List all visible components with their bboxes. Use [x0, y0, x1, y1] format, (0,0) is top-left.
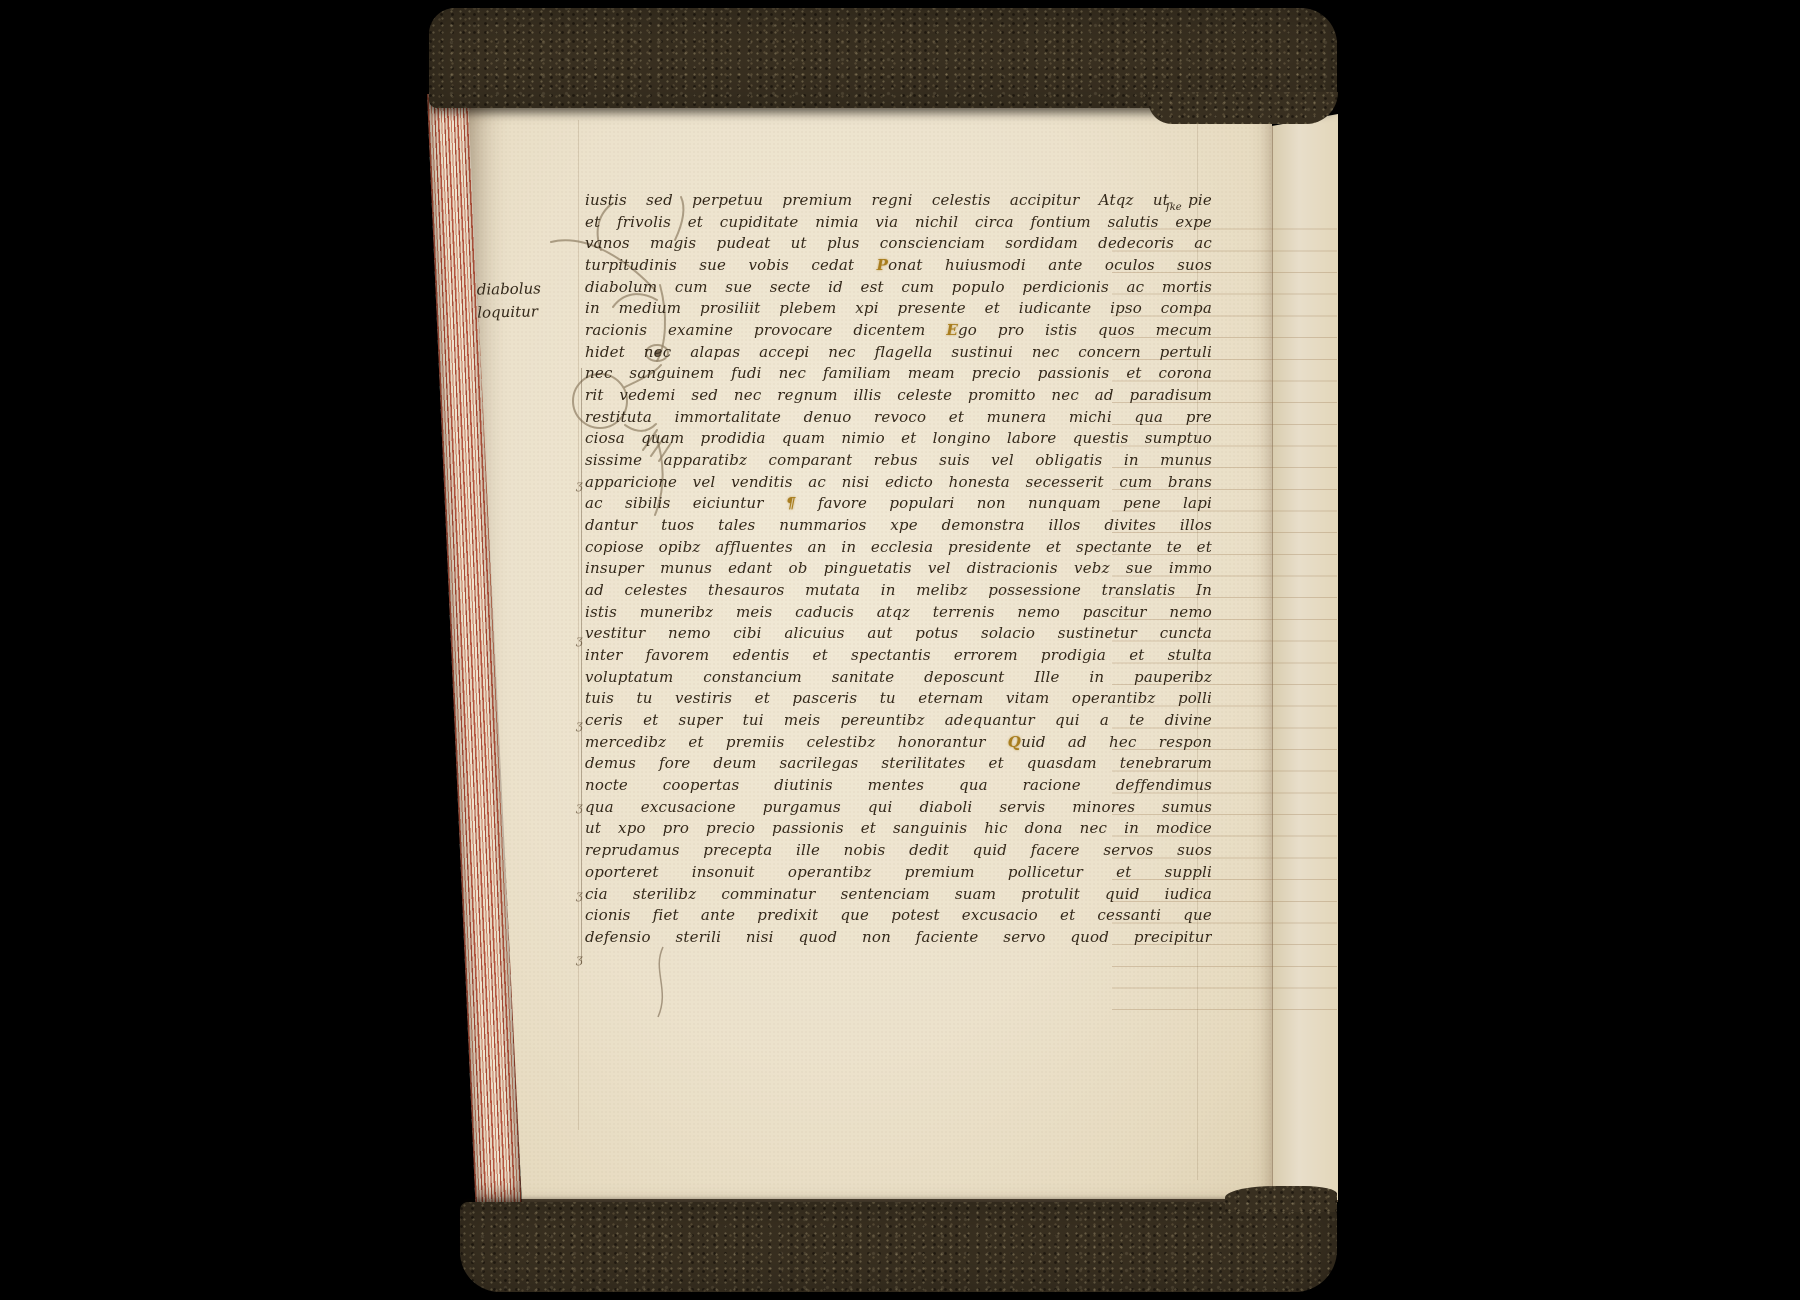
text-line: voluptatum constancium sanitate deposcun… [585, 667, 1212, 689]
text-line: insuper munus edant ob pinguetatis vel d… [585, 558, 1212, 580]
text-line-pre: ac sibilis eiciuntur [585, 494, 786, 512]
margin-bracket-mark: ʒ [576, 633, 583, 647]
text-line-pre: vestitur nemo cibi alicuius aut potus so… [585, 624, 1212, 642]
book-cover-bottom [460, 1202, 1337, 1292]
text-line: istis muneribz meis caducis atqz terreni… [585, 602, 1212, 624]
text-line-pre: diabolum cum sue secte id est cum populo… [585, 278, 1212, 296]
text-line-pre: mercedibz et premiis celestibz honorantu… [585, 733, 1008, 751]
text-line: ac sibilis eiciuntur ¶ favore populari n… [585, 493, 1212, 515]
text-line-pre: cia sterilibz comminatur sentenciam suam… [585, 885, 1212, 903]
margin-note-line2: loquitur [477, 300, 542, 324]
text-line-pre: tuis tu vestiris et pasceris tu eternam … [585, 689, 1212, 707]
text-line: cia sterilibz comminatur sentenciam suam… [585, 884, 1212, 906]
text-line: diabolum cum sue secte id est cum populo… [585, 277, 1212, 299]
text-line: restituta immortalitate denuo revoco et … [585, 407, 1212, 429]
text-line-pre: nec sanguinem fudi nec familiam meam pre… [585, 364, 1212, 382]
text-line-pre: istis muneribz meis caducis atqz terreni… [585, 603, 1212, 621]
text-line-post: uid ad hec respon [1021, 733, 1212, 751]
text-line-pre: qua excusacione purgamus qui diaboli ser… [585, 798, 1212, 816]
text-line: et frivolis et cupiditate nimia via nich… [585, 212, 1212, 234]
text-line-pre: oporteret insonuit operantibz premium po… [585, 863, 1212, 881]
text-line: in medium prosiliit plebem xpi presente … [585, 298, 1212, 320]
text-line-pre: apparicione vel venditis ac nisi edicto … [585, 473, 1212, 491]
text-line: demus fore deum sacrilegas sterilitates … [585, 753, 1212, 775]
text-line-pre: copiose opibz affluentes an in ecclesia … [585, 538, 1212, 556]
text-line: reprudamus precepta ille nobis dedit qui… [585, 840, 1212, 862]
text-line-pre: inter favorem edentis et spectantis erro… [585, 646, 1212, 664]
text-line: dantur tuos tales nummarios xpe demonstr… [585, 515, 1212, 537]
text-line-pre: reprudamus precepta ille nobis dedit qui… [585, 841, 1212, 859]
margin-note: diabolus loquitur [477, 277, 542, 324]
gold-initial: ¶ [786, 494, 796, 512]
text-line-pre: ut xpo pro precio passionis et sanguinis… [585, 819, 1212, 837]
text-line-pre: sissime apparatibz comparant rebus suis … [585, 451, 1212, 469]
gold-initial: E [946, 321, 958, 339]
manuscript-photo: diabolus loquitur ʒ ʒ ʒ ʒ ʒ ʒ ſke iustis… [0, 0, 1800, 1300]
text-line-post: onat huiusmodi ante oculos suos [888, 256, 1212, 274]
text-line-pre: vanos magis pudeat ut plus conscienciam … [585, 234, 1212, 252]
text-line-pre: defensio sterili nisi quod non faciente … [585, 928, 1212, 946]
text-line: vanos magis pudeat ut plus conscienciam … [585, 233, 1212, 255]
margin-bracket-mark: ʒ [576, 800, 583, 814]
text-line-pre: insuper munus edant ob pinguetatis vel d… [585, 559, 1212, 577]
text-line-pre: hidet nec alapas accepi nec flagella sus… [585, 343, 1212, 361]
text-line: mercedibz et premiis celestibz honorantu… [585, 732, 1212, 754]
text-line: rit vedemi sed nec regnum illis celeste … [585, 385, 1212, 407]
text-line-pre: ceris et super tui meis pereuntibz adequ… [585, 711, 1212, 729]
text-line: tuis tu vestiris et pasceris tu eternam … [585, 688, 1212, 710]
text-line-pre: ad celestes thesauros mutata in melibz p… [585, 581, 1212, 599]
text-line-pre: cionis fiet ante predixit que potest exc… [585, 906, 1212, 924]
text-line-pre: et frivolis et cupiditate nimia via nich… [585, 213, 1212, 231]
text-line: ad celestes thesauros mutata in melibz p… [585, 580, 1212, 602]
margin-bracket-mark: ʒ [576, 888, 583, 902]
text-line-pre: turpitudinis sue vobis cedat [585, 256, 877, 274]
pen-flourish [648, 945, 688, 1020]
text-line-post: go pro istis quos mecum [958, 321, 1212, 339]
text-line: turpitudinis sue vobis cedat Ponat huius… [585, 255, 1212, 277]
text-line-pre: nocte coopertas diutinis mentes qua raci… [585, 776, 1212, 794]
book-cover-top-edge [1148, 92, 1338, 124]
margin-bracket-mark: ʒ [576, 478, 583, 492]
text-line: nocte coopertas diutinis mentes qua raci… [585, 775, 1212, 797]
text-line: ciosa quam prodidia quam nimio et longin… [585, 428, 1212, 450]
text-line: apparicione vel venditis ac nisi edicto … [585, 472, 1212, 494]
text-line-pre: rit vedemi sed nec regnum illis celeste … [585, 386, 1212, 404]
margin-bracket-line [581, 368, 582, 964]
text-line: oporteret insonuit operantibz premium po… [585, 862, 1212, 884]
text-line-pre: voluptatum constancium sanitate deposcun… [585, 668, 1212, 686]
text-line-pre: iustis sed perpetuu premium regni celest… [585, 191, 1212, 209]
text-line: copiose opibz affluentes an in ecclesia … [585, 537, 1212, 559]
text-line: inter favorem edentis et spectantis erro… [585, 645, 1212, 667]
text-line: iustis sed perpetuu premium regni celest… [585, 190, 1212, 212]
text-line-post: favore populari non nunquam pene lapi [796, 494, 1212, 512]
margin-bracket-mark: ʒ [576, 952, 583, 966]
text-line-pre: ciosa quam prodidia quam nimio et longin… [585, 429, 1212, 447]
book-cover-bottom-edge [1225, 1186, 1337, 1212]
text-line: vestitur nemo cibi alicuius aut potus so… [585, 623, 1212, 645]
text-line: sissime apparatibz comparant rebus suis … [585, 450, 1212, 472]
text-line-pre: demus fore deum sacrilegas sterilitates … [585, 754, 1212, 772]
text-line-pre: racionis examine provocare dicentem [585, 321, 946, 339]
text-line: cionis fiet ante predixit que potest exc… [585, 905, 1212, 927]
text-line: ceris et super tui meis pereuntibz adequ… [585, 710, 1212, 732]
margin-bracket-mark: ʒ [576, 718, 583, 732]
text-line-pre: dantur tuos tales nummarios xpe demonstr… [585, 516, 1212, 534]
text-line: nec sanguinem fudi nec familiam meam pre… [585, 363, 1212, 385]
text-line: ut xpo pro precio passionis et sanguinis… [585, 818, 1212, 840]
gold-initial: P [877, 256, 888, 274]
text-line: qua excusacione purgamus qui diaboli ser… [585, 797, 1212, 819]
text-line: racionis examine provocare dicentem Ego … [585, 320, 1212, 342]
margin-note-line1: diabolus [477, 277, 542, 301]
text-line: hidet nec alapas accepi nec flagella sus… [585, 342, 1212, 364]
manuscript-text-block: iustis sed perpetuu premium regni celest… [585, 190, 1212, 949]
text-line-pre: in medium prosiliit plebem xpi presente … [585, 299, 1212, 317]
text-line-pre: restituta immortalitate denuo revoco et … [585, 408, 1212, 426]
gold-initial: Q [1008, 733, 1021, 751]
